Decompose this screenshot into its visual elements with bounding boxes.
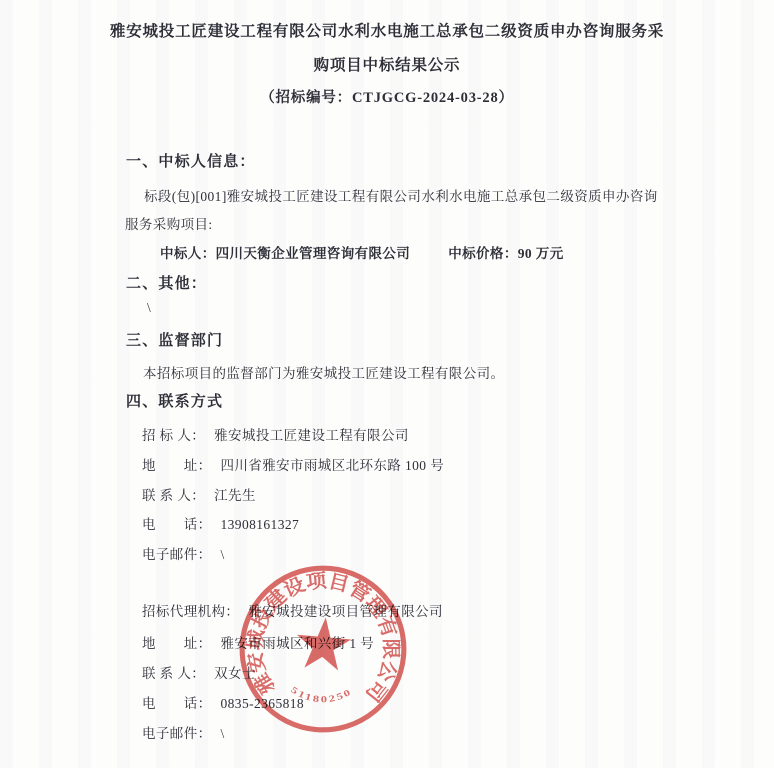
section-supervision-heading: 三、监督部门 bbox=[126, 329, 223, 350]
scanned-document-page: 雅安城投工匠建设工程有限公司水利水电施工总承包二级资质申办咨询服务采 购项目中标… bbox=[0, 0, 774, 768]
agency-email-label: 电子邮件： bbox=[142, 726, 212, 741]
bid-number: （招标编号：CTJGCG-2024-03-28） bbox=[0, 86, 774, 107]
section-other-heading: 二、其他： bbox=[126, 272, 207, 293]
tenderer-email-label: 电子邮件： bbox=[142, 547, 212, 562]
tenderer-row-name: 招 标 人：雅安城投工匠建设工程有限公司 bbox=[142, 424, 409, 444]
agency-address-label: 地 址： bbox=[142, 636, 212, 651]
winner-label: 中标人： bbox=[160, 246, 216, 261]
agency-contact-label: 联 系 人： bbox=[142, 666, 205, 681]
package-line-1: 标段(包)[001]雅安城投工匠建设工程有限公司水利水电施工总承包二级资质申办咨… bbox=[144, 185, 658, 205]
tenderer-row-contact: 联 系 人：江先生 bbox=[142, 484, 256, 504]
winner-line: 中标人：四川天衡企业管理咨询有限公司中标价格：90 万元 bbox=[160, 242, 564, 262]
agency-address-value: 雅安市雨城区和兴街 1 号 bbox=[221, 636, 375, 651]
price-value: 90 万元 bbox=[518, 246, 564, 261]
tenderer-contact-value: 江先生 bbox=[214, 488, 256, 503]
section-supervision-content: 本招标项目的监督部门为雅安城投工匠建设工程有限公司。 bbox=[143, 362, 504, 382]
package-line-2: 服务采购项目: bbox=[125, 213, 213, 233]
agency-row-name: 招标代理机构：雅安城投建设项目管理有限公司 bbox=[142, 600, 443, 620]
agency-phone-label: 电 话： bbox=[142, 696, 212, 711]
seal-number-arc-text: 5118025030279 bbox=[229, 555, 366, 707]
section-contact-heading: 四、联系方式 bbox=[126, 390, 223, 411]
tenderer-row-phone: 电 话：13908161327 bbox=[142, 513, 299, 533]
tenderer-row-email: 电子邮件：\ bbox=[142, 543, 225, 563]
agency-contact-value: 双女士 bbox=[214, 666, 256, 681]
document-title-line-1: 雅安城投工匠建设工程有限公司水利水电施工总承包二级资质申办咨询服务采 bbox=[0, 19, 774, 41]
tenderer-name-value: 雅安城投工匠建设工程有限公司 bbox=[214, 428, 409, 443]
document-title-line-2: 购项目中标结果公示 bbox=[0, 53, 774, 75]
winner-name: 四川天衡企业管理咨询有限公司 bbox=[216, 246, 411, 261]
seal-number-text: 5118025030279 bbox=[229, 555, 366, 707]
price-label: 中标价格： bbox=[448, 246, 518, 261]
tenderer-row-address: 地 址：四川省雅安市雨城区北环东路 100 号 bbox=[142, 454, 444, 474]
agency-row-contact: 联 系 人：双女士 bbox=[142, 662, 256, 682]
agency-row-email: 电子邮件：\ bbox=[142, 722, 225, 742]
agency-phone-value: 0835-2365818 bbox=[221, 696, 305, 711]
tenderer-phone-label: 电 话： bbox=[142, 517, 212, 532]
tenderer-address-label: 地 址： bbox=[142, 458, 212, 473]
tenderer-name-label: 招 标 人： bbox=[142, 428, 205, 443]
agency-row-address: 地 址：雅安市雨城区和兴街 1 号 bbox=[142, 632, 374, 652]
agency-email-value: \ bbox=[221, 726, 225, 741]
tenderer-contact-label: 联 系 人： bbox=[142, 488, 205, 503]
tenderer-email-value: \ bbox=[221, 547, 225, 562]
agency-row-phone: 电 话：0835-2365818 bbox=[142, 692, 304, 712]
agency-name-value: 雅安城投建设项目管理有限公司 bbox=[248, 604, 443, 619]
tenderer-address-value: 四川省雅安市雨城区北环东路 100 号 bbox=[221, 458, 445, 473]
section-other-content: \ bbox=[147, 300, 151, 316]
section-winner-heading: 一、中标人信息： bbox=[126, 150, 256, 171]
agency-name-label: 招标代理机构： bbox=[142, 604, 239, 619]
tenderer-phone-value: 13908161327 bbox=[221, 517, 300, 532]
